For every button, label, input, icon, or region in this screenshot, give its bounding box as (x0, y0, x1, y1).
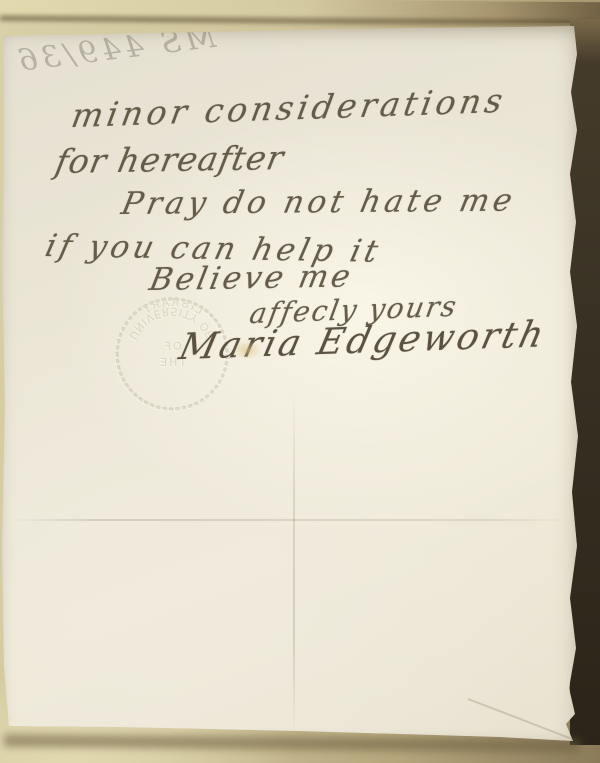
letter-line-2: for hereafter (52, 138, 287, 181)
manuscript-photo: MS 449/36 LIBRARY UNIVERSITY OF OF THE (0, 0, 600, 763)
paper-stain (232, 340, 262, 360)
vertical-fold-crease (293, 392, 295, 737)
letter-line-5: Believe me (146, 258, 356, 298)
pencil-shelfmark-mirrored: MS 449/36 (13, 20, 218, 79)
letter-line-3: Pray do not hate me (118, 183, 519, 223)
letter-line-1: minor considerations (69, 81, 510, 135)
horizontal-fold-crease (8, 519, 570, 521)
corner-crease (468, 698, 573, 740)
letter-sheet: MS 449/36 LIBRARY UNIVERSITY OF OF THE (0, 26, 581, 745)
